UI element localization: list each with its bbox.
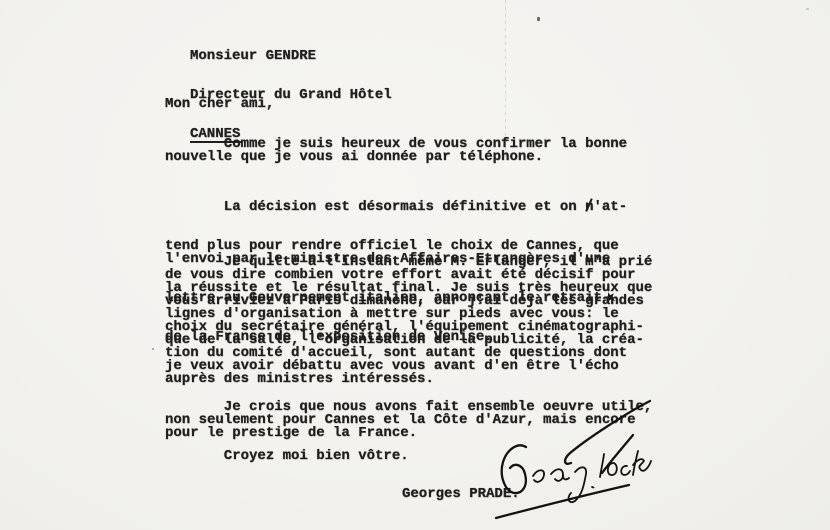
paper-speck — [152, 348, 154, 350]
salutation: Mon cher ami, — [165, 98, 274, 111]
closing-formula: Croyez moi bien vôtre. — [165, 450, 409, 463]
handwritten-signature — [480, 395, 720, 530]
paper-speck — [806, 8, 809, 10]
paragraph-organisation: Je quitte à l'instant même M. Erlanger, … — [165, 256, 652, 386]
scanned-letter-page: Monsieur GENDRE Directeur du Grand Hôtel… — [0, 0, 830, 530]
letter-line: nouvelle que je vous ai donnée par télép… — [165, 151, 627, 164]
paper-speck — [537, 17, 540, 21]
paragraph-good-news: Comme je suis heureux de vous confirmer … — [165, 138, 627, 164]
letter-line: auprès des ministres intéressés. — [165, 373, 652, 386]
overstruck-letter: n — [585, 201, 593, 214]
recipient-name: Monsieur GENDRE — [190, 50, 392, 63]
line-with-overstrike: La décision est désormais définitive et … — [165, 201, 627, 214]
